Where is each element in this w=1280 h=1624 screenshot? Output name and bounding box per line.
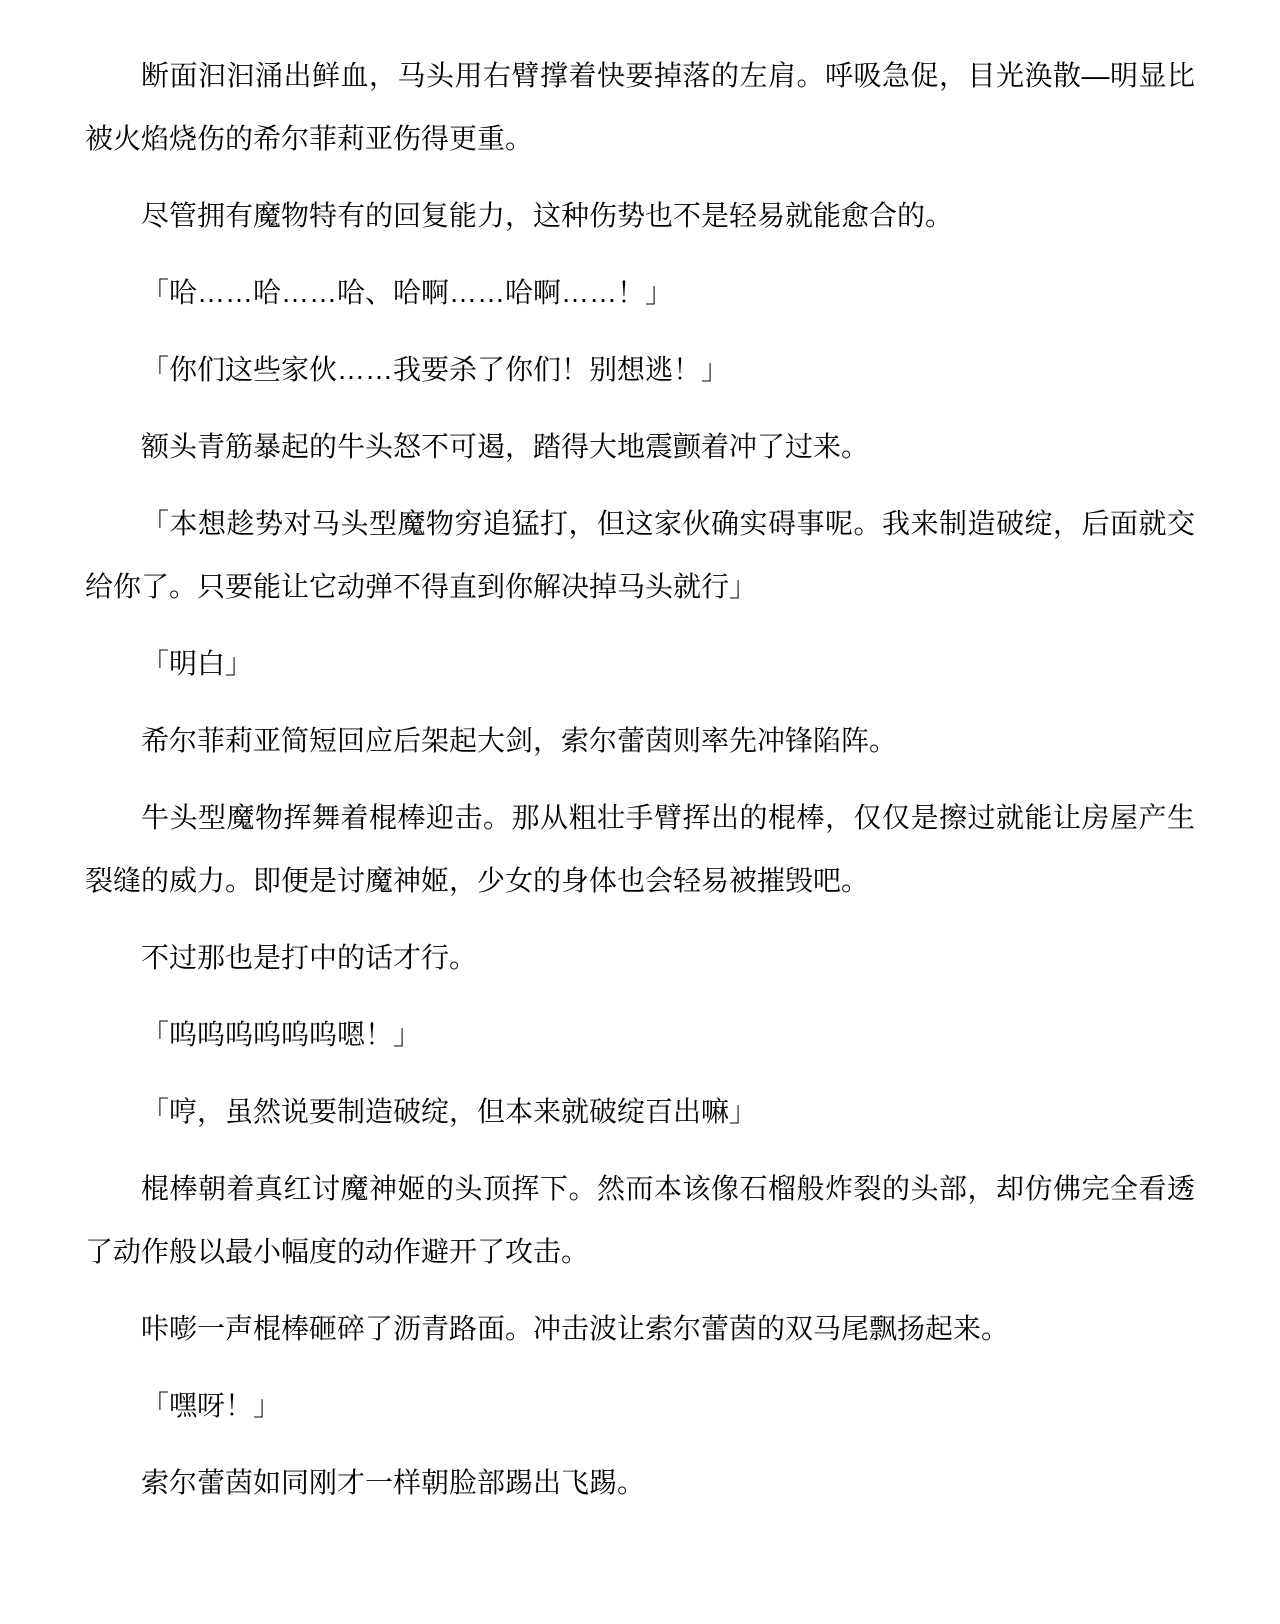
novel-page: 断面汩汩涌出鲜血，马头用右臂撑着快要掉落的左肩。呼吸急促，目光涣散—明显比被火焰… <box>0 0 1280 1624</box>
paragraph: 「哈……哈……哈、哈啊……哈啊……！」 <box>85 261 1195 324</box>
paragraph: 「呜呜呜呜呜呜嗯！」 <box>85 1003 1195 1066</box>
paragraph: 咔嘭一声棍棒砸碎了沥青路面。冲击波让索尔蕾茵的双马尾飘扬起来。 <box>85 1297 1195 1360</box>
novel-text-content: 断面汩汩涌出鲜血，马头用右臂撑着快要掉落的左肩。呼吸急促，目光涣散—明显比被火焰… <box>0 0 1280 1514</box>
paragraph: 牛头型魔物挥舞着棍棒迎击。那从粗壮手臂挥出的棍棒，仅仅是擦过就能让房屋产生裂缝的… <box>85 786 1195 912</box>
paragraph: 断面汩汩涌出鲜血，马头用右臂撑着快要掉落的左肩。呼吸急促，目光涣散—明显比被火焰… <box>85 44 1195 170</box>
paragraph: 不过那也是打中的话才行。 <box>85 926 1195 989</box>
paragraph: 棍棒朝着真红讨魔神姬的头顶挥下。然而本该像石榴般炸裂的头部，却仿佛完全看透了动作… <box>85 1157 1195 1283</box>
paragraph: 「本想趁势对马头型魔物穷追猛打，但这家伙确实碍事呢。我来制造破绽，后面就交给你了… <box>85 492 1195 618</box>
paragraph: 「明白」 <box>85 632 1195 695</box>
paragraph: 「嘿呀！」 <box>85 1374 1195 1437</box>
paragraph: 额头青筋暴起的牛头怒不可遏，踏得大地震颤着冲了过来。 <box>85 415 1195 478</box>
paragraph: 「哼，虽然说要制造破绽，但本来就破绽百出嘛」 <box>85 1080 1195 1143</box>
paragraph: 索尔蕾茵如同刚才一样朝脸部踢出飞踢。 <box>85 1451 1195 1514</box>
paragraph: 尽管拥有魔物特有的回复能力，这种伤势也不是轻易就能愈合的。 <box>85 184 1195 247</box>
paragraph: 「你们这些家伙……我要杀了你们！别想逃！」 <box>85 338 1195 401</box>
paragraph: 希尔菲莉亚简短回应后架起大剑，索尔蕾茵则率先冲锋陷阵。 <box>85 709 1195 772</box>
